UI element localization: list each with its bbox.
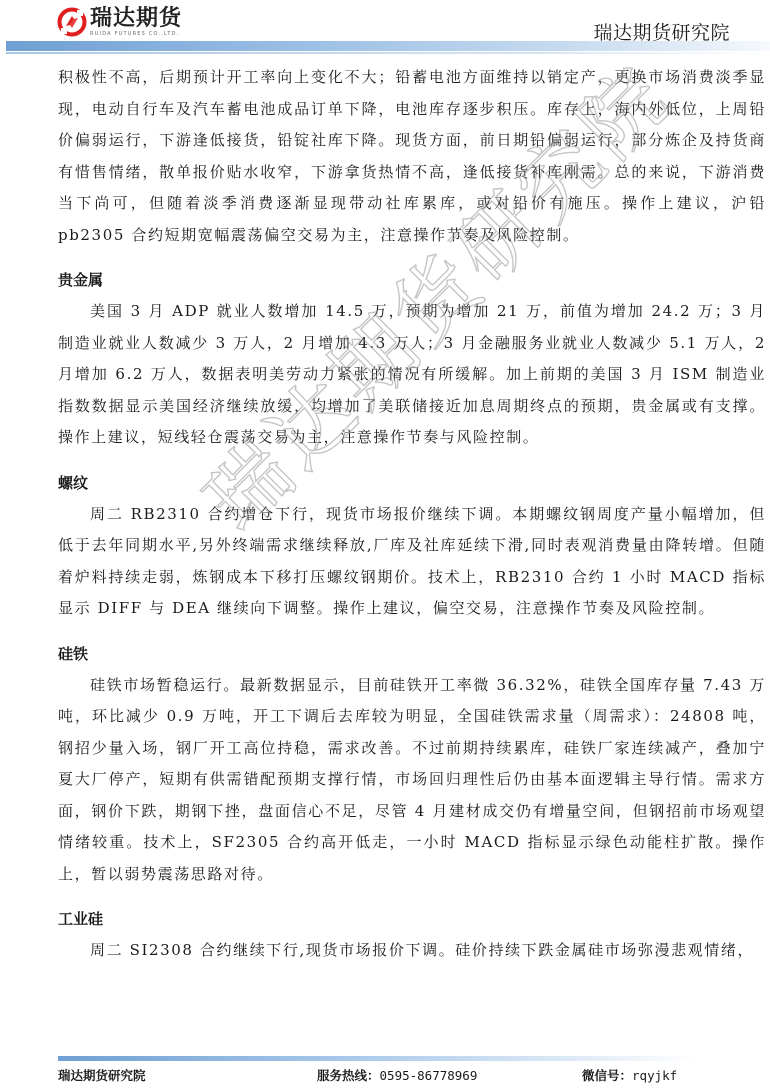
paragraph-rebar: 周二 RB2310 合约增仓下行，现货市场报价继续下调。本期螺纹钢周度产量小幅增… xyxy=(58,499,766,625)
footer-org: 瑞达期货研究院 xyxy=(58,1066,146,1084)
page-footer: 瑞达期货研究院 服务热线：0595-86778969 微信号：rqyjkf xyxy=(58,1066,728,1086)
wechat-id: rqyjkf xyxy=(632,1068,677,1083)
logo-english-name: RUIDA FUTURES CO.,LTD. xyxy=(90,32,182,37)
section-title-rebar: 螺纹 xyxy=(58,468,766,499)
lead-paragraph: 积极性不高，后期预计开工率向上变化不大；铅蓄电池方面维持以销定产，更换市场消费淡… xyxy=(58,62,766,251)
footer-gradient-bar xyxy=(58,1056,698,1061)
header-gradient-bar xyxy=(6,41,770,51)
paragraph-ferrosilicon: 硅铁市场暂稳运行。最新数据显示，目前硅铁开工率微 36.32%，硅铁全国库存量 … xyxy=(58,670,766,891)
hotline-number: 0595-86778969 xyxy=(380,1068,478,1083)
footer-hotline: 服务热线：0595-86778969 xyxy=(317,1066,477,1084)
section-title-ferrosilicon: 硅铁 xyxy=(58,639,766,670)
header-divider xyxy=(6,52,770,54)
page-header: 瑞达期货 RUIDA FUTURES CO.,LTD. 瑞达期货研究院 xyxy=(0,0,770,56)
wechat-label: 微信号： xyxy=(582,1068,632,1083)
hotline-label: 服务热线： xyxy=(317,1068,380,1083)
section-title-industrial-silicon: 工业硅 xyxy=(58,904,766,935)
paragraph-precious-metals: 美国 3 月 ADP 就业人数增加 14.5 万，预期为增加 21 万，前值为增… xyxy=(58,296,766,454)
footer-wechat: 微信号：rqyjkf xyxy=(582,1066,677,1084)
paragraph-industrial-silicon: 周二 SI2308 合约继续下行,现货市场报价下调。硅价持续下跌金属硅市场弥漫悲… xyxy=(58,935,766,967)
logo-chinese-name: 瑞达期货 xyxy=(90,8,182,30)
company-logo: 瑞达期货 RUIDA FUTURES CO.,LTD. xyxy=(57,4,182,40)
document-body: 积极性不高，后期预计开工率向上变化不大；铅蓄电池方面维持以销定产，更换市场消费淡… xyxy=(58,62,766,967)
section-title-precious-metals: 贵金属 xyxy=(58,265,766,296)
logo-mark-icon xyxy=(57,7,87,37)
